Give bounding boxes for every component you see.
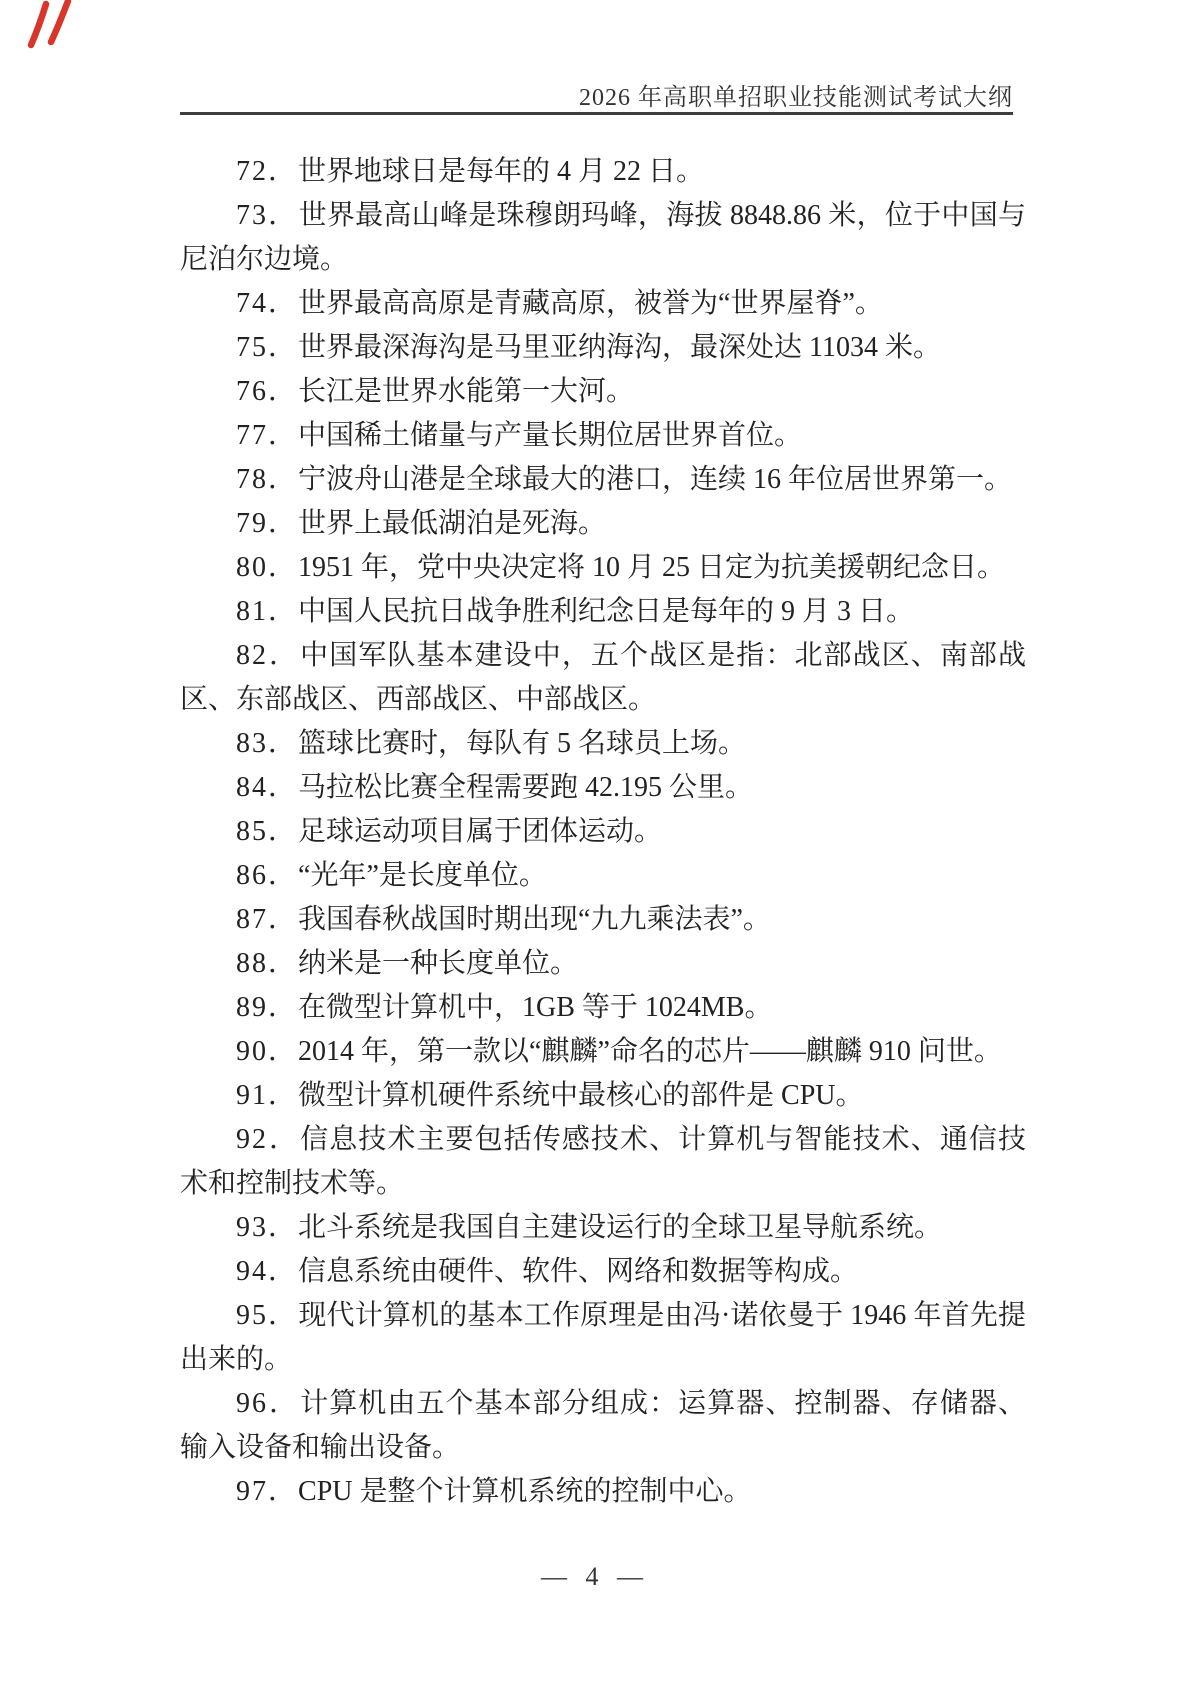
red-pen-mark-icon <box>0 0 96 64</box>
item-text: 现代计算机的基本工作原理是由冯·诺依曼于 1946 年首先提出来的。 <box>180 1300 1026 1375</box>
item-number: 84． <box>236 772 298 803</box>
list-item: 93．北斗系统是我国自主建设运行的全球卫星导航系统。 <box>180 1206 1026 1250</box>
item-number: 74． <box>236 288 298 319</box>
list-item: 86．“光年”是长度单位。 <box>180 854 1026 898</box>
list-item: 96．计算机由五个基本部分组成：运算器、控制器、存储器、输入设备和输出设备。 <box>180 1382 1026 1470</box>
item-number: 88． <box>236 948 298 979</box>
list-item: 81．中国人民抗日战争胜利纪念日是每年的 9 月 3 日。 <box>180 590 1026 634</box>
item-number: 86． <box>236 860 298 891</box>
item-text: 长江是世界水能第一大河。 <box>298 376 634 407</box>
item-text: 篮球比赛时，每队有 5 名球员上场。 <box>298 728 746 759</box>
list-item: 77．中国稀土储量与产量长期位居世界首位。 <box>180 414 1026 458</box>
item-number: 87． <box>236 904 298 935</box>
list-item: 72．世界地球日是每年的 4 月 22 日。 <box>180 150 1026 194</box>
list-item: 78．宁波舟山港是全球最大的港口，连续 16 年位居世界第一。 <box>180 458 1026 502</box>
item-number: 82． <box>236 640 300 671</box>
item-text: 在微型计算机中，1GB 等于 1024MB。 <box>298 992 772 1023</box>
item-text: 信息技术主要包括传感技术、计算机与智能技术、通信技术和控制技术等。 <box>180 1124 1026 1199</box>
item-text: 计算机由五个基本部分组成：运算器、控制器、存储器、输入设备和输出设备。 <box>180 1388 1026 1463</box>
item-number: 93． <box>236 1212 298 1243</box>
item-number: 77． <box>236 420 298 451</box>
item-number: 78． <box>236 464 298 495</box>
list-item: 79．世界上最低湖泊是死海。 <box>180 502 1026 546</box>
item-number: 79． <box>236 508 298 539</box>
header-title: 2026 年高职单招职业技能测试考试大纲 <box>579 85 1013 111</box>
item-number: 80． <box>236 552 298 583</box>
item-text: 微型计算机硬件系统中最核心的部件是 CPU。 <box>298 1080 863 1111</box>
item-text: CPU 是整个计算机系统的控制中心。 <box>298 1476 751 1507</box>
list-item: 84．马拉松比赛全程需要跑 42.195 公里。 <box>180 766 1026 810</box>
item-text: 马拉松比赛全程需要跑 42.195 公里。 <box>298 772 753 803</box>
item-text: 中国人民抗日战争胜利纪念日是每年的 9 月 3 日。 <box>298 596 914 627</box>
list-item: 97．CPU 是整个计算机系统的控制中心。 <box>180 1470 1026 1514</box>
item-text: 世界最高山峰是珠穆朗玛峰，海拔 8848.86 米，位于中国与尼泊尔边境。 <box>180 200 1026 275</box>
item-text: 宁波舟山港是全球最大的港口，连续 16 年位居世界第一。 <box>298 464 1012 495</box>
item-number: 76． <box>236 376 298 407</box>
list-item: 80．1951 年，党中央决定将 10 月 25 日定为抗美援朝纪念日。 <box>180 546 1026 590</box>
item-text: 北斗系统是我国自主建设运行的全球卫星导航系统。 <box>298 1212 942 1243</box>
list-item: 95．现代计算机的基本工作原理是由冯·诺依曼于 1946 年首先提出来的。 <box>180 1294 1026 1382</box>
list-item: 75．世界最深海沟是马里亚纳海沟，最深处达 11034 米。 <box>180 326 1026 370</box>
item-number: 85． <box>236 816 298 847</box>
item-text: 2014 年，第一款以“麒麟”命名的芯片——麒麟 910 问世。 <box>298 1036 1002 1067</box>
item-text: 我国春秋战国时期出现“九九乘法表”。 <box>298 904 771 935</box>
item-number: 83． <box>236 728 298 759</box>
item-number: 94． <box>236 1256 298 1287</box>
item-number: 73． <box>236 200 299 231</box>
item-number: 95． <box>236 1300 298 1331</box>
header-rule <box>180 112 1013 115</box>
item-text: 世界上最低湖泊是死海。 <box>298 508 606 539</box>
item-text: “光年”是长度单位。 <box>298 860 547 891</box>
item-text: 世界地球日是每年的 4 月 22 日。 <box>298 156 704 187</box>
item-number: 90． <box>236 1036 298 1067</box>
item-number: 97． <box>236 1476 298 1507</box>
item-list: 72．世界地球日是每年的 4 月 22 日。73．世界最高山峰是珠穆朗玛峰，海拔… <box>180 150 1026 1514</box>
item-number: 92． <box>236 1124 300 1155</box>
page-number: — 4 — <box>541 1562 649 1591</box>
document-page: 2026 年高职单招职业技能测试考试大纲 72．世界地球日是每年的 4 月 22… <box>0 0 1190 1684</box>
list-item: 90．2014 年，第一款以“麒麟”命名的芯片——麒麟 910 问世。 <box>180 1030 1026 1074</box>
page-footer: — 4 — <box>0 1555 1190 1599</box>
item-text: 信息系统由硬件、软件、网络和数据等构成。 <box>298 1256 858 1287</box>
item-number: 89． <box>236 992 298 1023</box>
item-number: 81． <box>236 596 298 627</box>
list-item: 85．足球运动项目属于团体运动。 <box>180 810 1026 854</box>
list-item: 94．信息系统由硬件、软件、网络和数据等构成。 <box>180 1250 1026 1294</box>
list-item: 73．世界最高山峰是珠穆朗玛峰，海拔 8848.86 米，位于中国与尼泊尔边境。 <box>180 194 1026 282</box>
item-text: 中国稀土储量与产量长期位居世界首位。 <box>298 420 802 451</box>
item-number: 72． <box>236 156 298 187</box>
item-text: 纳米是一种长度单位。 <box>298 948 578 979</box>
item-text: 世界最高高原是青藏高原，被誉为“世界屋脊”。 <box>298 288 883 319</box>
item-text: 世界最深海沟是马里亚纳海沟，最深处达 11034 米。 <box>298 332 941 363</box>
list-item: 87．我国春秋战国时期出现“九九乘法表”。 <box>180 898 1026 942</box>
list-item: 88．纳米是一种长度单位。 <box>180 942 1026 986</box>
list-item: 91．微型计算机硬件系统中最核心的部件是 CPU。 <box>180 1074 1026 1118</box>
item-number: 96． <box>236 1388 300 1419</box>
item-number: 91． <box>236 1080 298 1111</box>
list-item: 74．世界最高高原是青藏高原，被誉为“世界屋脊”。 <box>180 282 1026 326</box>
item-text: 1951 年，党中央决定将 10 月 25 日定为抗美援朝纪念日。 <box>298 552 1005 583</box>
item-text: 足球运动项目属于团体运动。 <box>298 816 662 847</box>
list-item: 82．中国军队基本建设中，五个战区是指：北部战区、南部战区、东部战区、西部战区、… <box>180 634 1026 722</box>
list-item: 76．长江是世界水能第一大河。 <box>180 370 1026 414</box>
item-text: 中国军队基本建设中，五个战区是指：北部战区、南部战区、东部战区、西部战区、中部战… <box>180 640 1026 715</box>
item-number: 75． <box>236 332 298 363</box>
list-item: 83．篮球比赛时，每队有 5 名球员上场。 <box>180 722 1026 766</box>
list-item: 89．在微型计算机中，1GB 等于 1024MB。 <box>180 986 1026 1030</box>
list-item: 92．信息技术主要包括传感技术、计算机与智能技术、通信技术和控制技术等。 <box>180 1118 1026 1206</box>
page-header: 2026 年高职单招职业技能测试考试大纲 <box>180 84 1013 112</box>
